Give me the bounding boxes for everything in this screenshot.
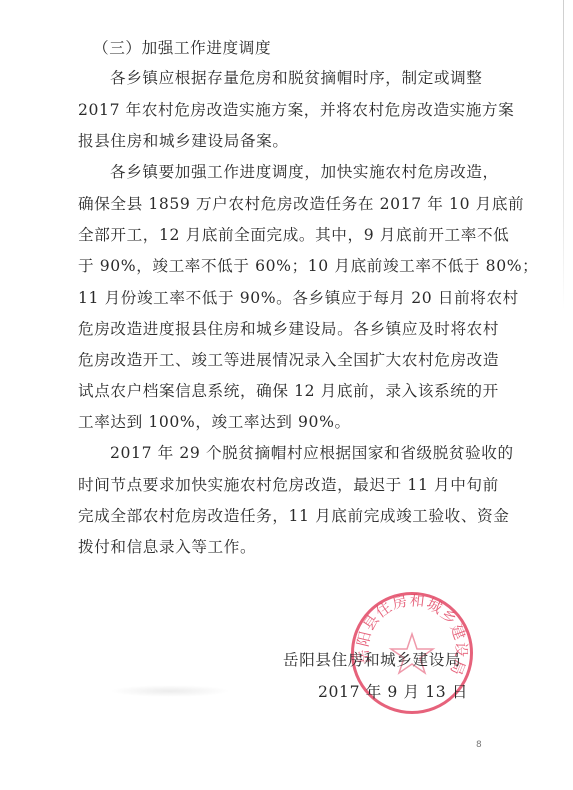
signature-date: 2017 年 9 月 13 日 <box>318 682 468 702</box>
paragraph-2-line-3: 全部开工，12 月底前全面完成。其中，9 月底前开工率不低 <box>78 225 480 245</box>
page-number: 8 <box>476 740 482 750</box>
paragraph-3-line-1: 2017 年 29 个脱贫摘帽村应根据国家和省级脱贫验收的 <box>110 443 480 463</box>
signature-organization: 岳阳县住房和城乡建设局 <box>283 650 461 670</box>
paragraph-2-line-2: 确保全县 1859 万户农村危房改造任务在 2017 年 10 月底前 <box>78 194 480 214</box>
paragraph-2-line-5: 11 月份竣工率不低于 90%。各乡镇应于每月 20 日前将农村 <box>78 288 480 308</box>
paragraph-2-line-9: 工率达到 100%，竣工率达到 90%。 <box>78 412 480 432</box>
scan-smudge <box>110 685 230 697</box>
paragraph-1-line-2: 2017 年农村危房改造实施方案，并将农村危房改造实施方案 <box>78 100 480 120</box>
paragraph-3-line-2: 时间节点要求加快实施农村危房改造，最迟于 11 月中旬前 <box>78 475 480 495</box>
scan-page-edge <box>563 0 564 310</box>
paragraph-3-line-4: 拨付和信息录入等工作。 <box>78 537 480 557</box>
paragraph-2-line-6: 危房改造进度报县住房和城乡建设局。各乡镇应及时将农村 <box>78 319 480 339</box>
paragraph-1-line-1: 各乡镇应根据存量危房和脱贫摘帽时序，制定或调整 <box>110 68 480 88</box>
paragraph-2-line-7: 危房改造开工、竣工等进展情况录入全国扩大农村危房改造 <box>78 350 480 370</box>
paragraph-2-line-8: 试点农户档案信息系统，确保 12 月底前，录入该系统的开 <box>78 381 480 401</box>
paragraph-2-line-1: 各乡镇要加强工作进度调度，加快实施农村危房改造， <box>110 162 480 182</box>
paragraph-1-line-3: 报县住房和城乡建设局备案。 <box>78 131 480 151</box>
paragraph-2-line-4: 于 90%，竣工率不低于 60%；10 月底前竣工率不低于 80%； <box>78 256 480 276</box>
section-heading: （三）加强工作进度调度 <box>93 38 313 58</box>
paragraph-3-line-3: 完成全部农村危房改造任务，11 月底前完成竣工验收、资金 <box>78 506 480 526</box>
